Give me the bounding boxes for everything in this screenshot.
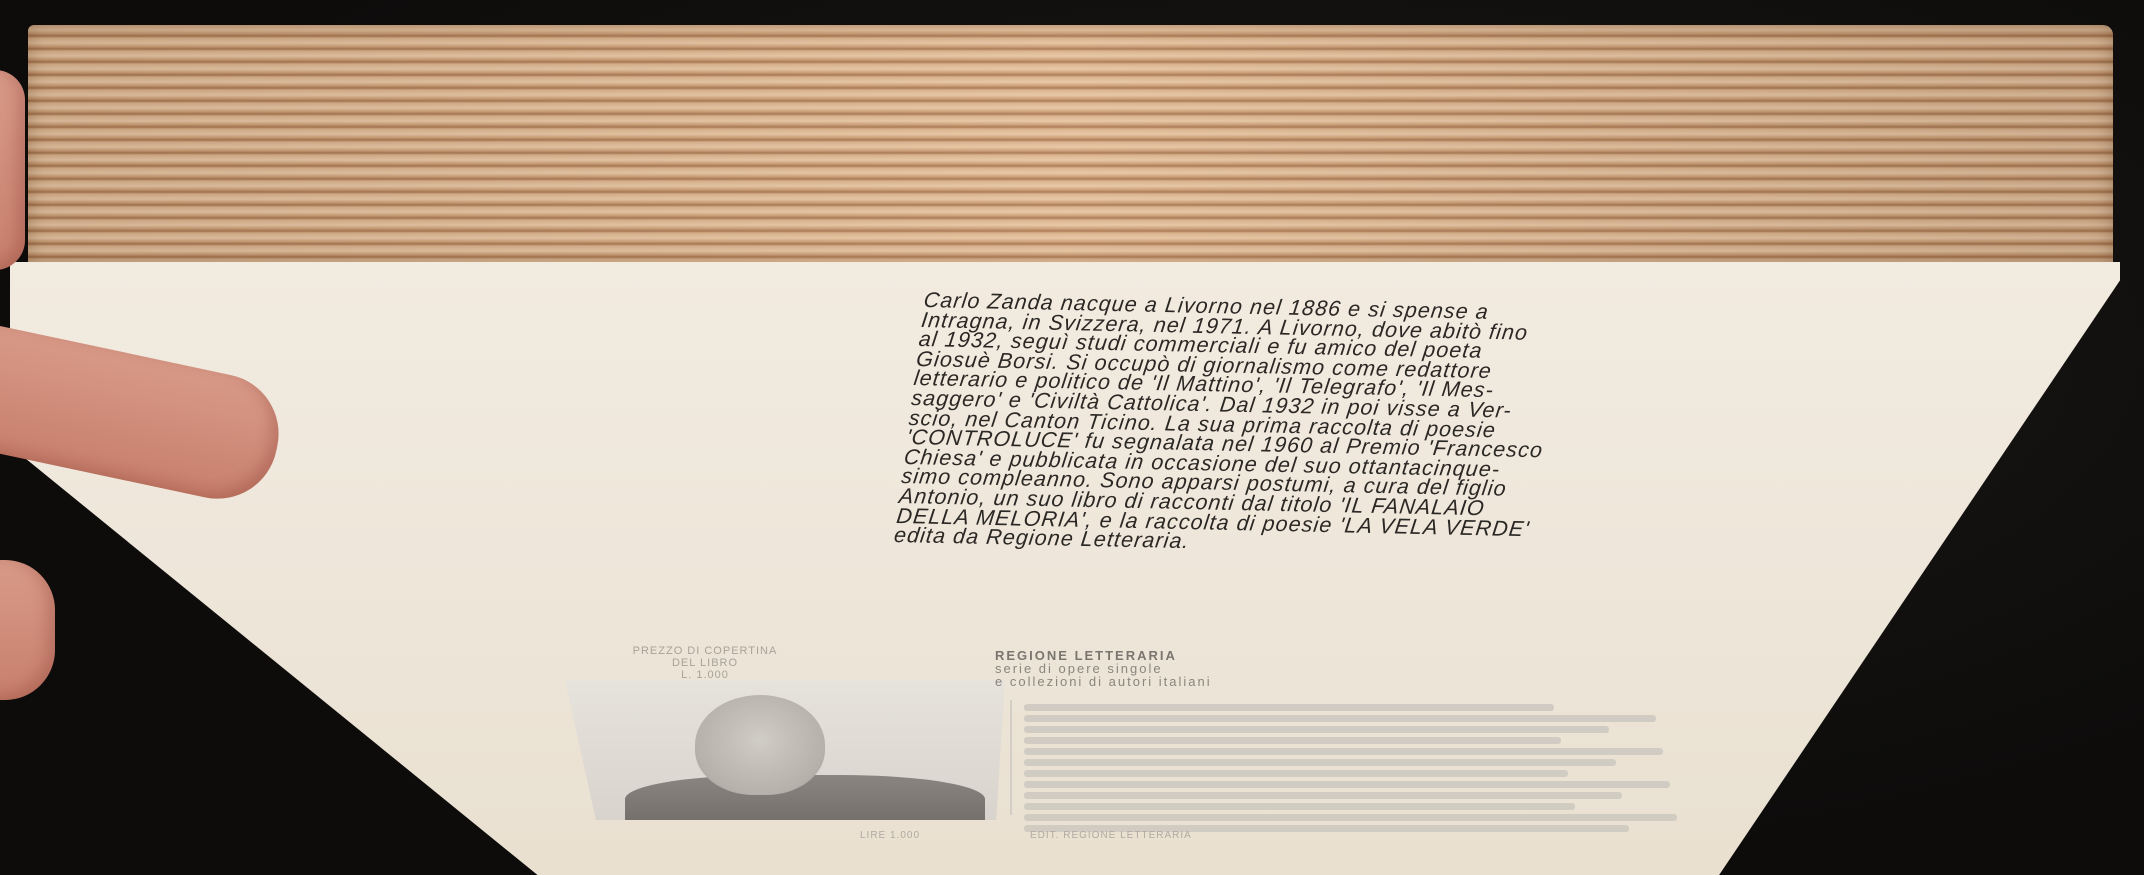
portrait-head [695, 695, 825, 795]
price-block: PREZZO DI COPERTINA DEL LIBRO L. 1.000 [590, 645, 820, 681]
hand-finger [0, 70, 25, 270]
series-info: REGIONE LETTERARIA serie di opere singol… [995, 649, 1212, 688]
blurb-line [1024, 814, 1677, 821]
blurb-line [1024, 781, 1670, 788]
blurb-line [1024, 748, 1663, 755]
blurb-line [1024, 759, 1616, 766]
blurb-line [1024, 704, 1554, 711]
footer-publisher: EDIT. REGIONE LETTERARIA [1030, 830, 1192, 841]
book-page-edges [28, 25, 2113, 265]
blurb-line [1024, 726, 1609, 733]
price-value: L. 1.000 [590, 669, 820, 681]
author-biography: Carlo Zanda nacque a Livorno nel 1886 e … [893, 291, 2012, 568]
footer-price: LIRE 1.000 [860, 830, 920, 841]
author-portrait [565, 680, 1005, 820]
series-subtitle-2: e collezioni di autori italiani [995, 675, 1212, 688]
blurb-line [1024, 803, 1575, 810]
blurb-line [1024, 792, 1622, 799]
blurb-line [1024, 715, 1656, 722]
series-blurb [1010, 700, 1704, 815]
price-label: PREZZO DI COPERTINA [590, 645, 820, 657]
price-sublabel: DEL LIBRO [590, 657, 820, 669]
blurb-line [1024, 770, 1568, 777]
blurb-line [1024, 737, 1561, 744]
